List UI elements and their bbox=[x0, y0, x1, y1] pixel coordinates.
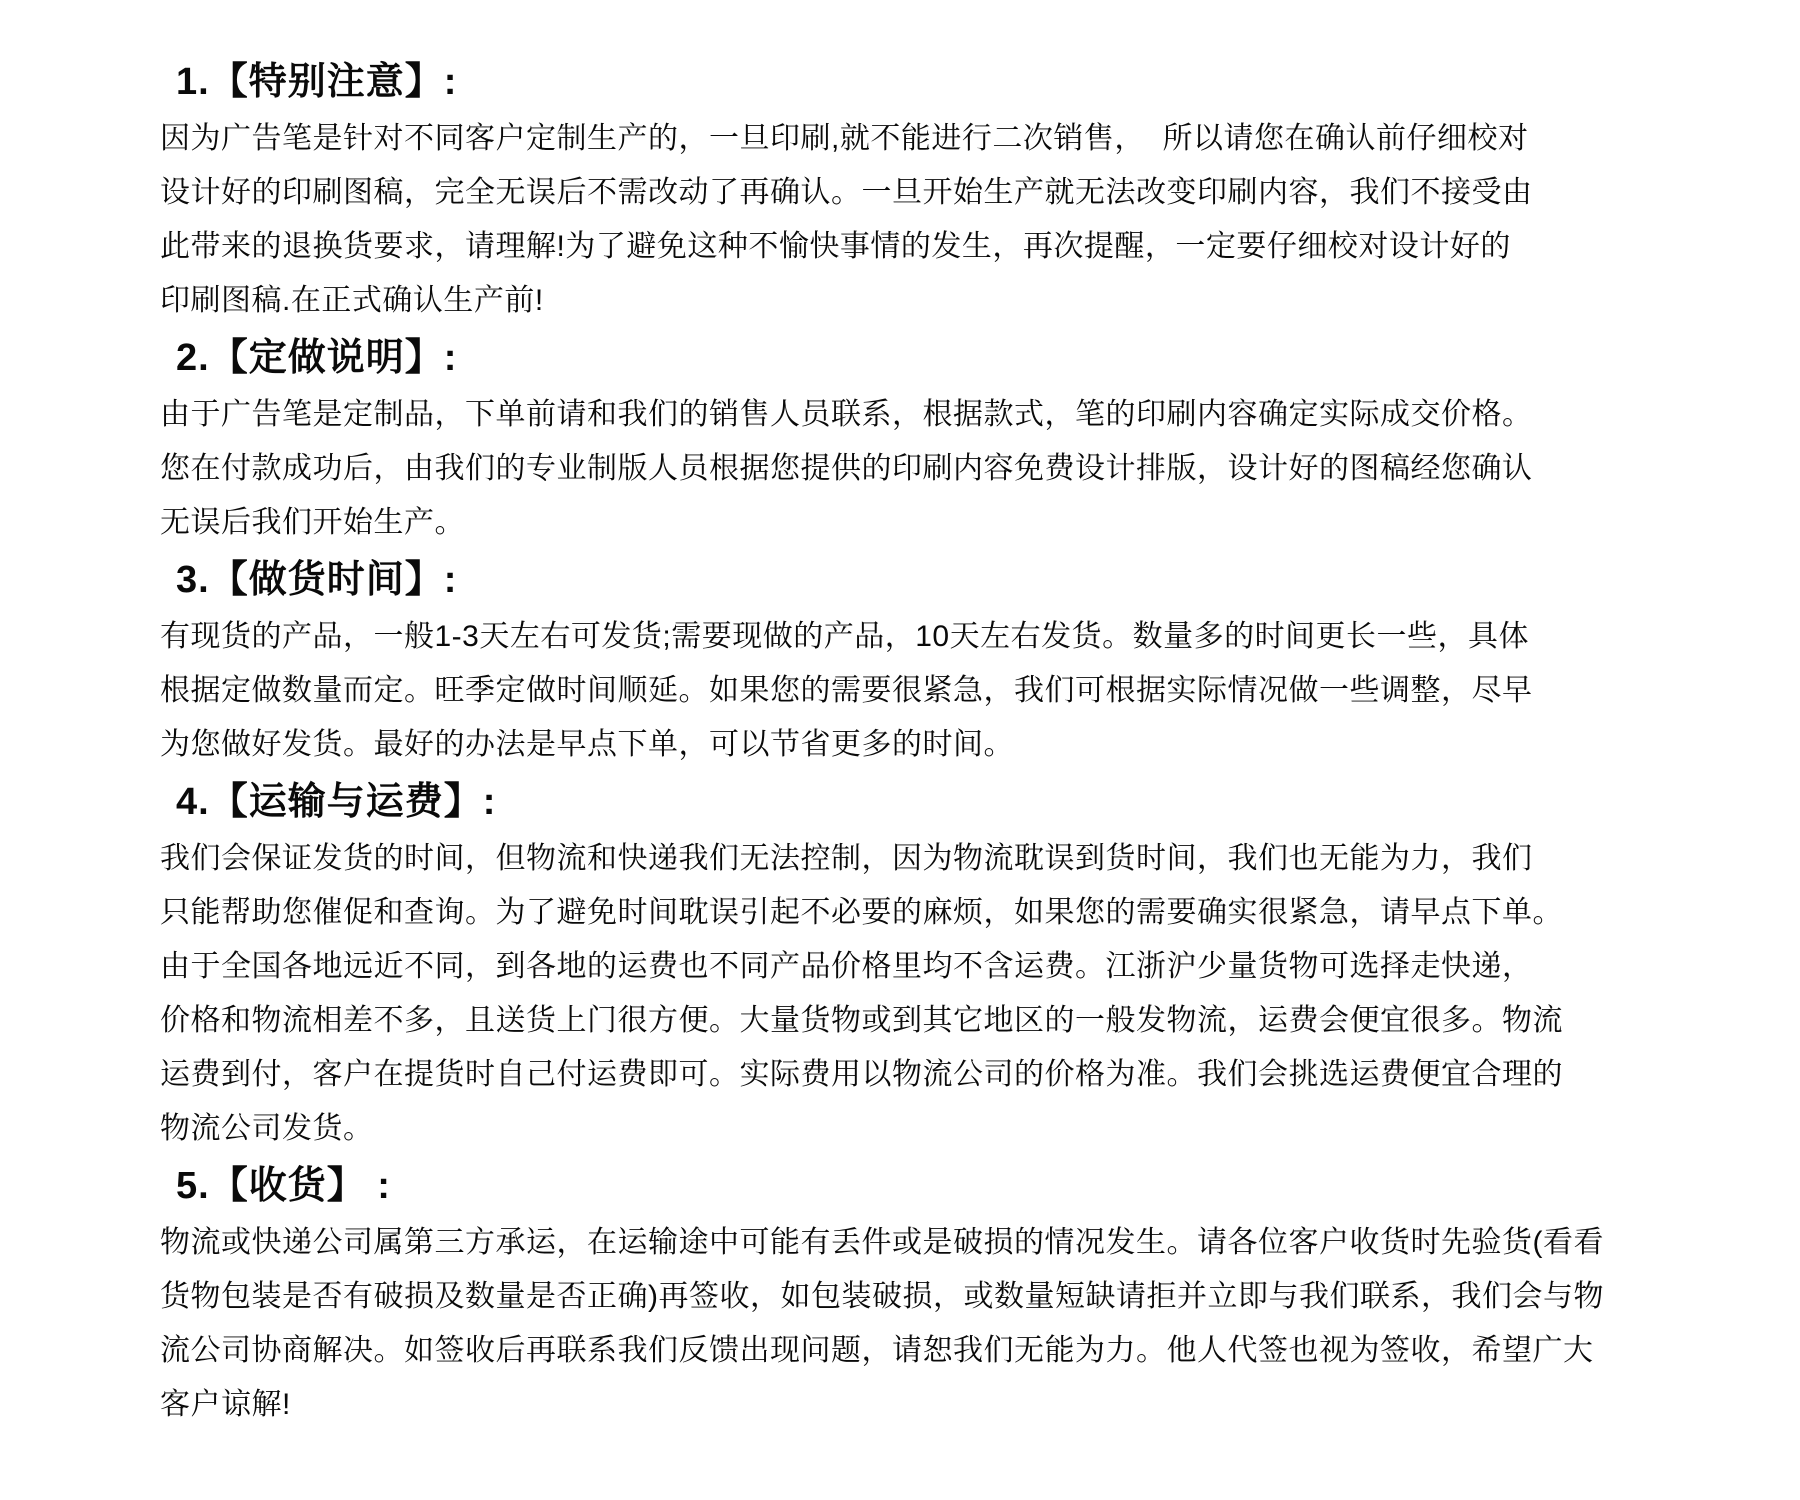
body-line: 流公司协商解决。如签收后再联系我们反馈出现问题，请恕我们无能为力。他人代签也视为… bbox=[160, 1324, 1650, 1378]
body-line: 物流公司发货。 bbox=[160, 1102, 1650, 1156]
section-production-time: 3.【做货时间】: 有现货的产品，一般1-3天左右可发货;需要现做的产品，10天… bbox=[160, 550, 1650, 772]
body-line: 有现货的产品，一般1-3天左右可发货;需要现做的产品，10天左右发货。数量多的时… bbox=[160, 610, 1650, 664]
body-line: 设计好的印刷图稿，完全无误后不需改动了再确认。一旦开始生产就无法改变印刷内容，我… bbox=[160, 166, 1650, 220]
section-heading: 4.【运输与运费】: bbox=[160, 772, 1650, 832]
body-line: 客户谅解! bbox=[160, 1378, 1650, 1432]
section-receiving: 5.【收货】 : 物流或快递公司属第三方承运，在运输途中可能有丢件或是破损的情况… bbox=[160, 1156, 1650, 1432]
body-line: 由于全国各地远近不同，到各地的运费也不同产品价格里均不含运费。江浙沪少量货物可选… bbox=[160, 940, 1650, 994]
body-line: 运费到付，客户在提货时自己付运费即可。实际费用以物流公司的价格为准。我们会挑选运… bbox=[160, 1048, 1650, 1102]
body-line: 您在付款成功后，由我们的专业制版人员根据您提供的印刷内容免费设计排版，设计好的图… bbox=[160, 442, 1650, 496]
section-heading: 5.【收货】 : bbox=[160, 1156, 1650, 1216]
body-line: 此带来的退换货要求，请理解!为了避免这种不愉快事情的发生，再次提醒，一定要仔细校… bbox=[160, 220, 1650, 274]
body-line: 由于广告笔是定制品，下单前请和我们的销售人员联系，根据款式，笔的印刷内容确定实际… bbox=[160, 388, 1650, 442]
body-line: 价格和物流相差不多，且送货上门很方便。大量货物或到其它地区的一般发物流，运费会便… bbox=[160, 994, 1650, 1048]
section-custom-order: 2.【定做说明】: 由于广告笔是定制品，下单前请和我们的销售人员联系，根据款式，… bbox=[160, 328, 1650, 550]
section-heading: 2.【定做说明】: bbox=[160, 328, 1650, 388]
body-line: 物流或快递公司属第三方承运，在运输途中可能有丢件或是破损的情况发生。请各位客户收… bbox=[160, 1216, 1650, 1270]
notice-document: 1.【特别注意】: 因为广告笔是针对不同客户定制生产的，一旦印刷,就不能进行二次… bbox=[0, 0, 1800, 1500]
section-heading: 1.【特别注意】: bbox=[160, 52, 1650, 112]
body-line: 根据定做数量而定。旺季定做时间顺延。如果您的需要很紧急，我们可根据实际情况做一些… bbox=[160, 664, 1650, 718]
body-line: 只能帮助您催促和查询。为了避免时间耽误引起不必要的麻烦，如果您的需要确实很紧急，… bbox=[160, 886, 1650, 940]
section-shipping-freight: 4.【运输与运费】: 我们会保证发货的时间，但物流和快递我们无法控制，因为物流耽… bbox=[160, 772, 1650, 1156]
section-heading: 3.【做货时间】: bbox=[160, 550, 1650, 610]
body-line: 货物包装是否有破损及数量是否正确)再签收，如包装破损，或数量短缺请拒并立即与我们… bbox=[160, 1270, 1650, 1324]
body-line: 我们会保证发货的时间，但物流和快递我们无法控制，因为物流耽误到货时间，我们也无能… bbox=[160, 832, 1650, 886]
body-line: 印刷图稿.在正式确认生产前! bbox=[160, 274, 1650, 328]
section-special-notice: 1.【特别注意】: 因为广告笔是针对不同客户定制生产的，一旦印刷,就不能进行二次… bbox=[160, 52, 1650, 328]
body-line: 因为广告笔是针对不同客户定制生产的，一旦印刷,就不能进行二次销售， 所以请您在确… bbox=[160, 112, 1650, 166]
body-line: 无误后我们开始生产。 bbox=[160, 496, 1650, 550]
body-line: 为您做好发货。最好的办法是早点下单，可以节省更多的时间。 bbox=[160, 718, 1650, 772]
